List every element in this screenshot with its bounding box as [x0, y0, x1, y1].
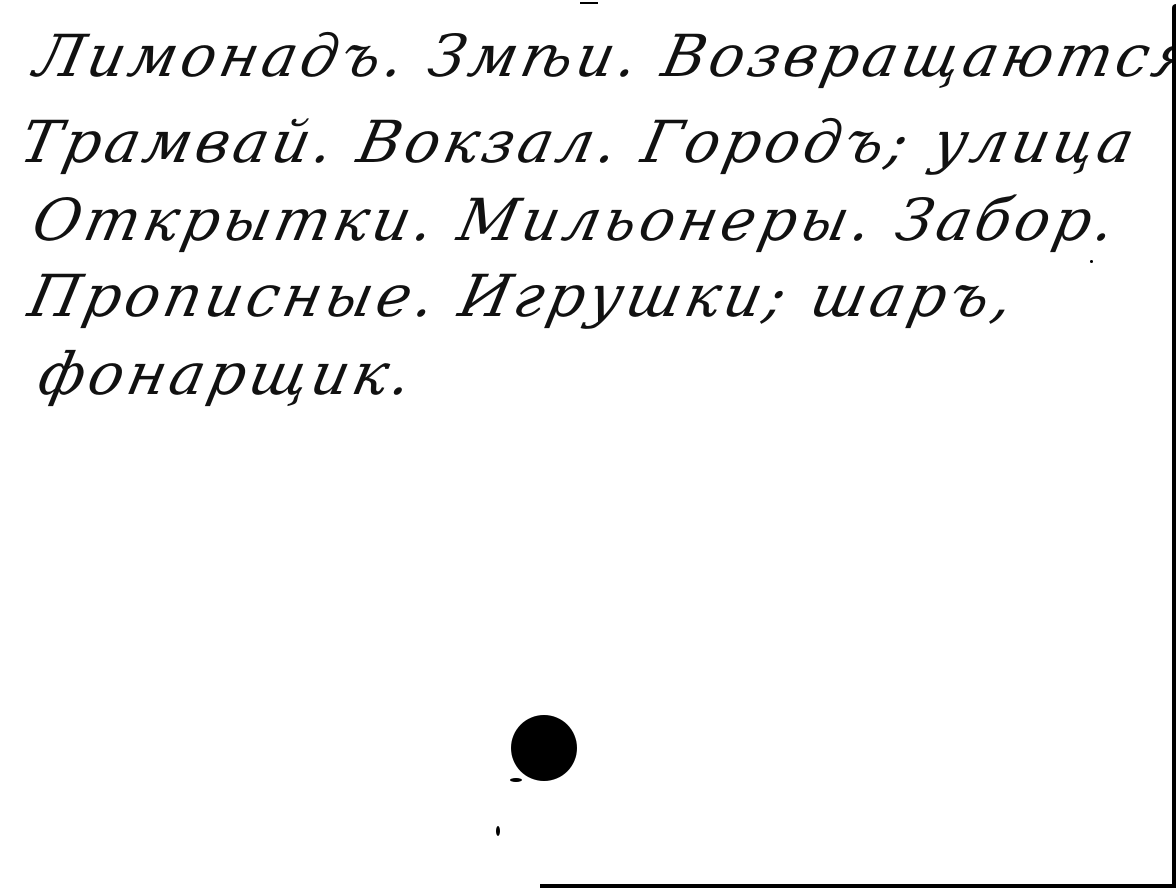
handwritten-line-5: фонарщик. — [33, 340, 422, 408]
handwritten-line-4: Прописные. Игрушки; шаръ, — [23, 262, 1023, 330]
punch-hole — [511, 715, 577, 781]
handwritten-line-1: Лимонадъ. Змѣи. Возвращаются — [29, 22, 1176, 90]
top-mark — [580, 2, 598, 4]
ink-speck — [510, 778, 522, 782]
handwritten-line-2: Трамвай. Вокзал. Городъ; улица — [15, 108, 1144, 176]
card-edge-right — [1172, 4, 1176, 888]
handwritten-line-3: Открытки. Мильонеры. Забор. — [27, 186, 1125, 254]
card-edge-bottom — [540, 884, 1176, 888]
ink-speck — [1090, 260, 1093, 263]
ink-speck — [496, 826, 500, 836]
index-card: Лимонадъ. Змѣи. Возвращаются Трамвай. Во… — [0, 0, 1176, 888]
